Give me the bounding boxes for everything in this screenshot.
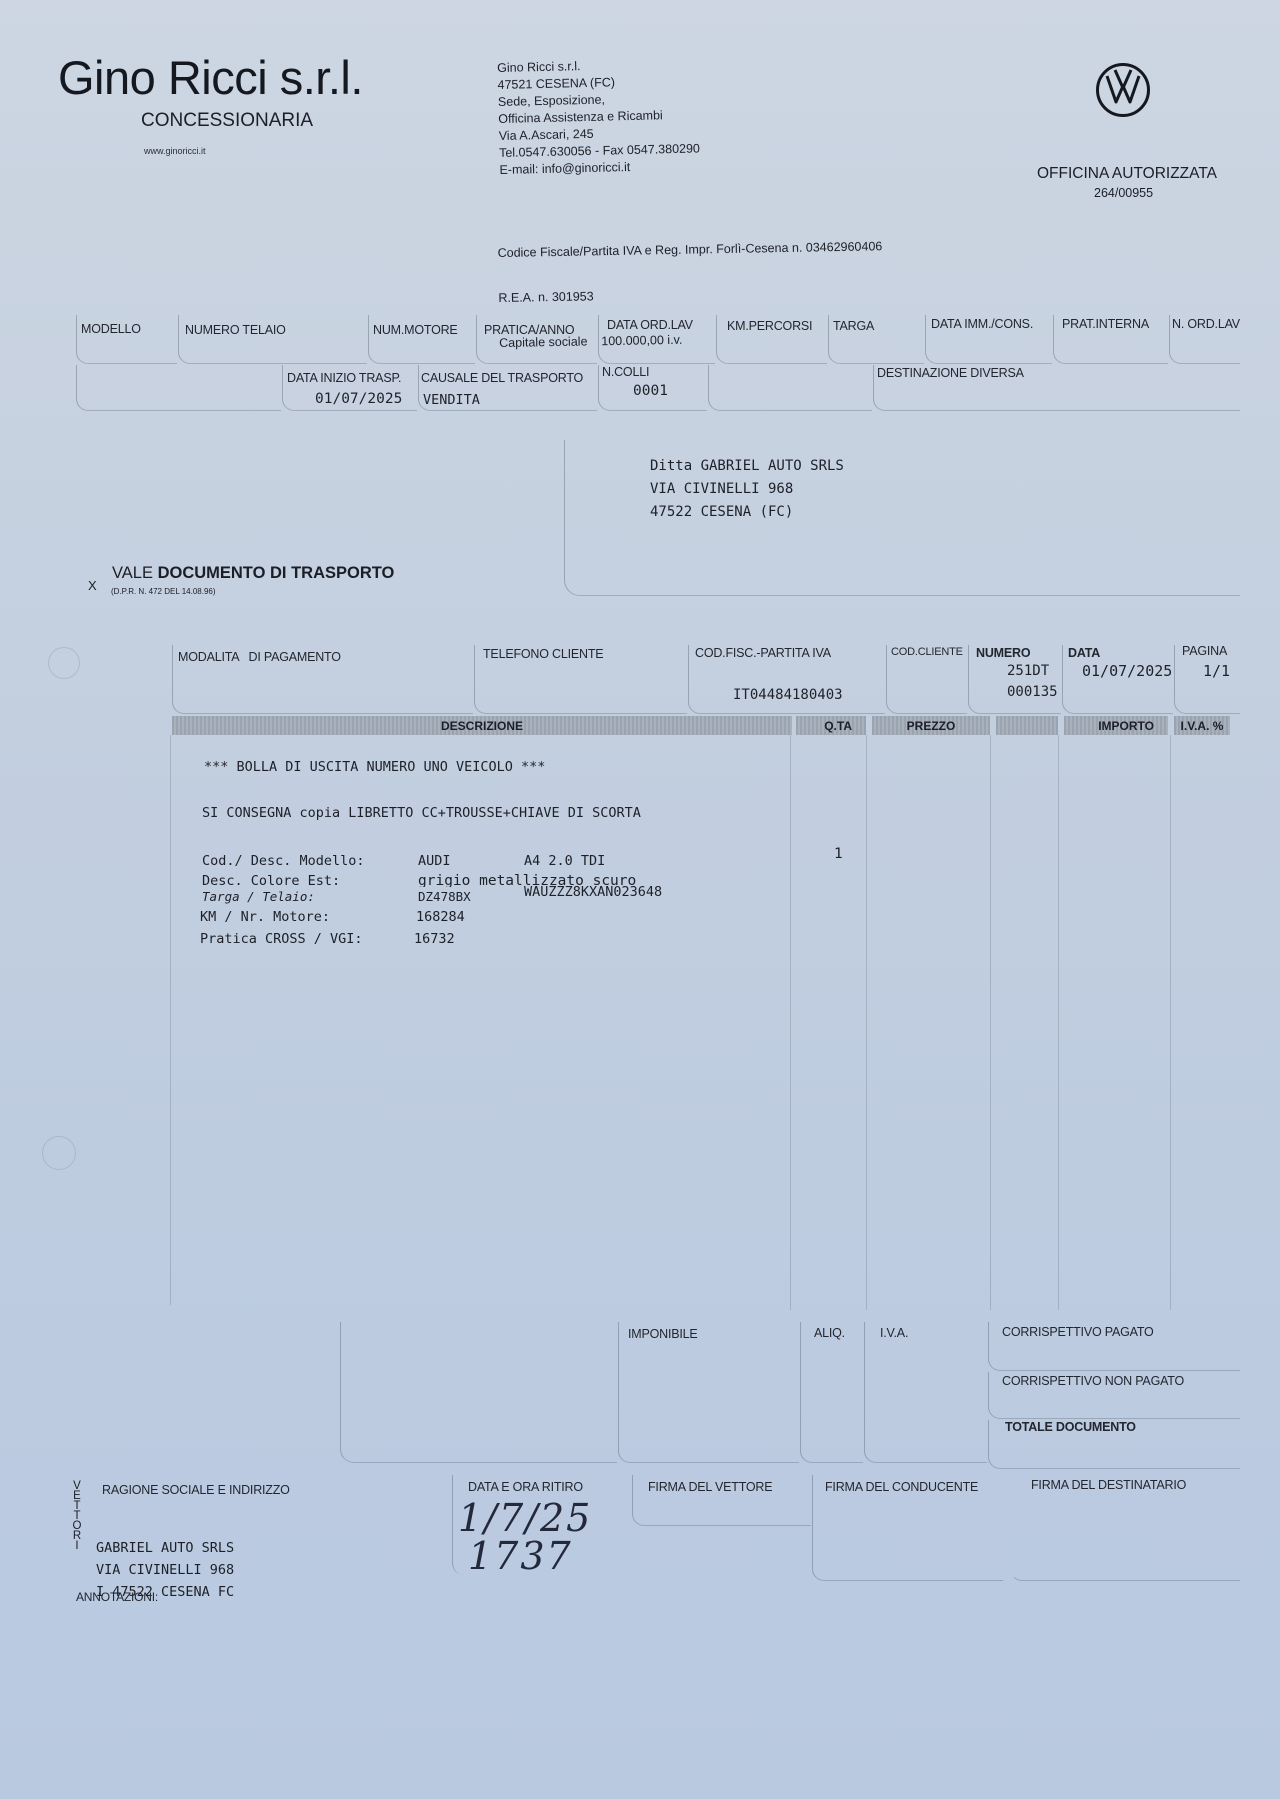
label-rate: ALIQ. <box>814 1326 845 1340</box>
label-n-colli: N.COLLI <box>602 365 649 379</box>
item-quantity: 1 <box>834 846 843 862</box>
document-type-prefix: VALE <box>112 564 153 582</box>
document-type-reference: (D.P.R. N. 472 DEL 14.08.96) <box>111 587 216 596</box>
label-targa: TARGA <box>833 319 874 333</box>
detail-value: DZ478BX <box>418 887 524 907</box>
address-line: E-mail: info@ginoricci.it <box>499 157 700 179</box>
label-vat: I.V.A. <box>880 1326 908 1340</box>
company-website: www.ginoricci.it <box>144 146 206 156</box>
recipient-line: Ditta GABRIEL AUTO SRLS <box>650 455 844 478</box>
label-pratica-anno: PRATICA/ANNO <box>484 323 574 337</box>
punch-hole <box>48 647 80 679</box>
vw-logo-icon <box>1095 62 1151 118</box>
document-type-name: DOCUMENTO DI TRASPORTO <box>158 564 395 582</box>
label-payment-method: MODALITA DI PAGAMENTO <box>178 650 341 664</box>
detail-value: AUDI <box>418 851 524 871</box>
document-number-value-1: 251DT <box>1007 663 1049 679</box>
document-type-checkbox[interactable]: X <box>88 578 97 593</box>
label-data-inizio-trasp: DATA INIZIO TRASP. <box>287 371 401 385</box>
recipient-line: VIA CIVINELLI 968 <box>650 478 844 501</box>
detail-value: 16732 <box>414 929 455 951</box>
label-pickup: DATA E ORA RITIRO <box>468 1480 583 1494</box>
detail-value-secondary: A4 2.0 TDI <box>524 851 605 871</box>
detail-row: KM / Nr. Motore: 168284 <box>202 907 662 929</box>
label-signature-recipient: FIRMA DEL DESTINATARIO <box>1031 1478 1186 1492</box>
column-separator <box>866 735 867 1310</box>
totals-left-area <box>340 1322 617 1463</box>
legal-line: R.E.A. n. 301953 <box>498 284 883 306</box>
company-subtitle: CONCESSIONARIA <box>141 110 313 132</box>
document-type-title: VALE DOCUMENTO DI TRASPORTO <box>112 564 394 583</box>
label-modello: MODELLO <box>81 322 141 336</box>
label-prat-interna: PRAT.INTERNA <box>1062 317 1149 331</box>
column-header-importo: IMPORTO <box>1064 716 1168 735</box>
label-document-number: NUMERO <box>976 646 1030 660</box>
detail-row: Pratica CROSS / VGI: 16732 <box>202 929 662 951</box>
column-header-importo-label: IMPORTO <box>1098 719 1154 733</box>
label-signature-carrier: FIRMA DEL VETTORE <box>648 1480 772 1494</box>
label-numero-telaio: NUMERO TELAIO <box>185 323 286 337</box>
column-header-prezzo: PREZZO <box>872 716 990 735</box>
label-paid: CORRISPETTIVO PAGATO <box>1002 1325 1154 1339</box>
field-rate <box>800 1322 863 1463</box>
page-value: 1/1 <box>1203 662 1230 680</box>
label-destinazione-diversa: DESTINAZIONE DIVERSA <box>877 366 1024 380</box>
document-date-value: 01/07/2025 <box>1082 662 1172 680</box>
column-header-blank <box>996 716 1058 735</box>
description-line: SI CONSEGNA copia LIBRETTO CC+TROUSSE+CH… <box>202 805 641 821</box>
label-n-ord-lav: N. ORD.LAV <box>1172 317 1240 331</box>
workshop-label: OFFICINA AUTORIZZATA <box>1037 165 1217 183</box>
column-separator <box>1058 735 1059 1310</box>
company-name: Gino Ricci s.r.l. <box>58 50 363 105</box>
field-transport-blank-2 <box>708 365 872 411</box>
workshop-code: 264/00955 <box>1094 186 1153 200</box>
column-separator <box>1170 735 1171 1310</box>
column-header-qta: Q.TA <box>796 716 866 735</box>
label-taxable: IMPONIBILE <box>628 1327 698 1341</box>
label-client-code: COD.CLIENTE <box>891 646 963 658</box>
recipient-address: Ditta GABRIEL AUTO SRLS VIA CIVINELLI 96… <box>650 455 844 524</box>
transport-packages: 0001 <box>633 383 668 399</box>
label-notes: ANNOTAZIONI: <box>76 1590 158 1604</box>
company-address: Gino Ricci s.r.l. 47521 CESENA (FC) Sede… <box>497 55 701 179</box>
label-carrier-name-address: RAGIONE SOCIALE E INDIRIZZO <box>102 1483 290 1497</box>
column-separator <box>170 735 171 1305</box>
column-header-qta-label: Q.TA <box>824 719 852 733</box>
detail-row: Cod./ Desc. Modello: AUDI A4 2.0 TDI <box>202 851 662 871</box>
description-line: *** BOLLA DI USCITA NUMERO UNO VEICOLO *… <box>204 759 545 775</box>
column-header-descrizione: DESCRIZIONE <box>172 716 792 735</box>
label-page: PAGINA <box>1182 644 1227 658</box>
label-total: TOTALE DOCUMENTO <box>1005 1420 1136 1434</box>
carrier-line: GABRIEL AUTO SRLS <box>96 1537 234 1559</box>
detail-value: 168284 <box>416 907 465 929</box>
pickup-handwritten-time[interactable]: 1737 <box>468 1534 573 1578</box>
label-data-imm: DATA IMM./CONS. <box>931 317 1033 331</box>
column-header-iva: I.V.A. % <box>1174 716 1230 735</box>
detail-label: Cod./ Desc. Modello: <box>202 851 418 871</box>
vehicle-details: Cod./ Desc. Modello: AUDI A4 2.0 TDI Des… <box>202 851 662 951</box>
detail-label: Targa / Telaio: <box>202 887 418 907</box>
detail-row: Targa / Telaio: DZ478BX WAUZZZ8KXAN02364… <box>202 887 662 907</box>
label-causale-trasporto: CAUSALE DEL TRASPORTO <box>421 371 583 385</box>
field-vat <box>864 1322 987 1463</box>
detail-label: Desc. Colore Est: <box>202 871 418 887</box>
label-client-phone: TELEFONO CLIENTE <box>483 647 603 661</box>
label-document-date: DATA <box>1068 646 1100 660</box>
detail-label: Pratica CROSS / VGI: <box>200 929 414 951</box>
label-num-motore: NUM.MOTORE <box>373 323 458 337</box>
detail-value-secondary: WAUZZZ8KXAN023648 <box>524 882 662 907</box>
document-number-value-2: 000135 <box>1007 684 1058 700</box>
recipient-line: 47522 CESENA (FC) <box>650 501 844 524</box>
carrier-side-label: VETTORI <box>72 1481 82 1551</box>
column-separator <box>990 735 991 1310</box>
vat-number-value: IT04484180403 <box>733 687 843 703</box>
transport-reason: VENDITA <box>423 392 480 408</box>
detail-label: KM / Nr. Motore: <box>200 907 416 929</box>
label-km-percorsi: KM.PERCORSI <box>727 319 812 333</box>
punch-hole <box>42 1136 76 1170</box>
legal-line: Codice Fiscale/Partita IVA e Reg. Impr. … <box>498 239 883 261</box>
column-separator <box>790 735 791 1310</box>
label-signature-driver: FIRMA DEL CONDUCENTE <box>825 1480 978 1494</box>
transport-start-date: 01/07/2025 <box>315 391 402 407</box>
carrier-line: VIA CIVINELLI 968 <box>96 1559 234 1581</box>
field-transport-blank <box>76 365 281 411</box>
label-data-ord-lav: DATA ORD.LAV <box>607 318 693 332</box>
label-unpaid: CORRISPETTIVO NON PAGATO <box>1002 1374 1184 1388</box>
field-taxable <box>618 1322 799 1463</box>
label-vat-number: COD.FISC.-PARTITA IVA <box>695 646 831 660</box>
